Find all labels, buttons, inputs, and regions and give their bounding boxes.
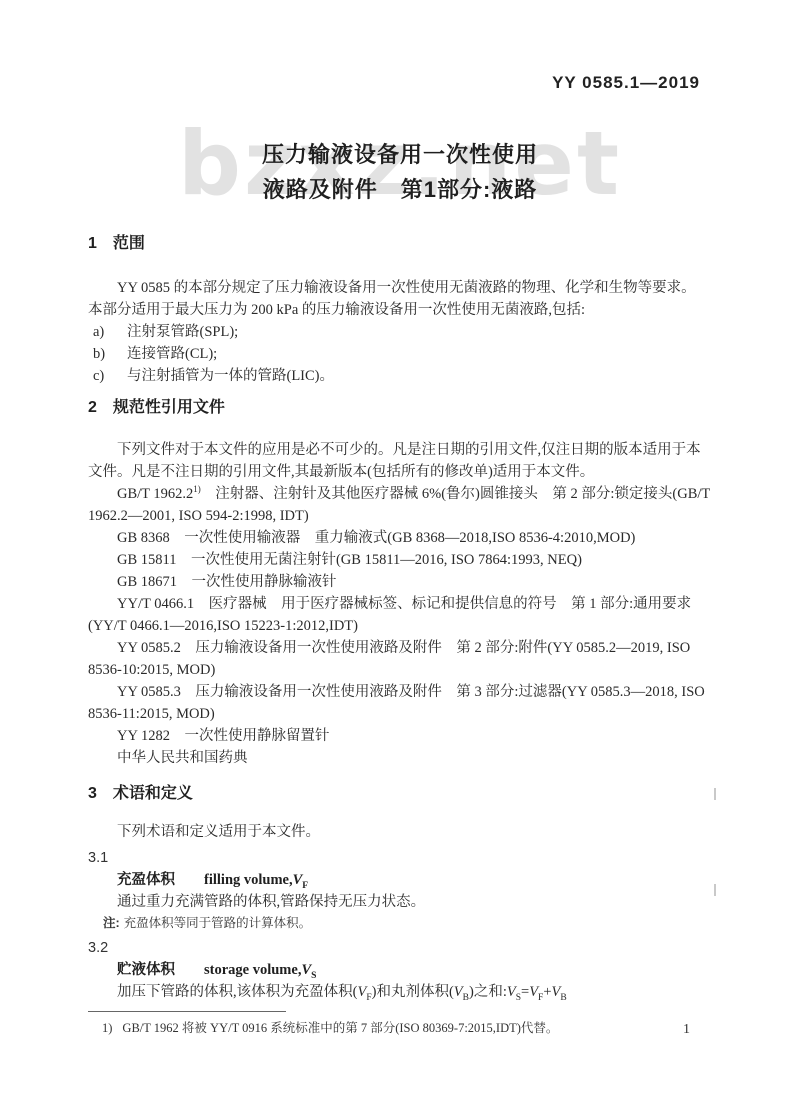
reference-item: GB 15811 一次性使用无菌注射针(GB 15811—2016, ISO 7… [88, 549, 712, 571]
list-text: 连接管路(CL); [127, 346, 217, 362]
term-english: storage volume,VS [204, 962, 316, 978]
list-text: 与注射插管为一体的管路(LIC)。 [127, 368, 334, 384]
footnote-block: 1)GB/T 1962 将被 YY/T 0916 系统标准中的第 7 部分(IS… [88, 1011, 712, 1038]
section-heading-terms: 3 术语和定义 [88, 783, 712, 805]
term-chinese: 充盈体积 [117, 872, 175, 888]
variable-symbol: V [357, 984, 366, 1000]
term-number: 3.1 [88, 847, 712, 869]
term-heading: 贮液体积storage volume,VS [88, 959, 712, 981]
doc-title: 压力输液设备用一次性使用 液路及附件 第1部分:液路 [88, 137, 712, 207]
term-definition: 加压下管路的体积,该体积为充盈体积(VF)和丸剂体积(VB)之和:VS=VF+V… [88, 981, 712, 1003]
reference-item: GB/T 1962.21) 注射器、注射针及其他医疗器械 6%(鲁尔)圆锥接头 … [88, 483, 712, 527]
reference-item: YY 1282 一次性使用静脉留置针 [88, 725, 712, 747]
term-chinese: 贮液体积 [117, 962, 175, 978]
variable-symbol: V [293, 872, 303, 888]
reference-item: YY 0585.2 压力输液设备用一次性使用液路及附件 第 2 部分:附件(YY… [88, 637, 712, 681]
variable-subscript: B [560, 993, 566, 1003]
page-content: 压力输液设备用一次性使用 液路及附件 第1部分:液路 1 范围 YY 0585 … [0, 0, 800, 1038]
scan-artifact [714, 788, 716, 800]
list-text: 注射泵管路(SPL); [127, 324, 238, 340]
reference-text: GB/T 1962.2 [117, 486, 193, 502]
note-text: 充盈体积等同于管路的计算体积。 [124, 916, 312, 930]
footnote-body: GB/T 1962 将被 YY/T 0916 系统标准中的第 7 部分(ISO … [122, 1021, 558, 1035]
reference-item: YY/T 0466.1 医疗器械 用于医疗器械标签、标记和提供信息的符号 第 1… [88, 593, 712, 637]
footnote-marker: 1) [193, 484, 201, 494]
scan-artifact [714, 884, 716, 896]
term-english: filling volume,VF [204, 872, 308, 888]
footnote-text: 1)GB/T 1962 将被 YY/T 0916 系统标准中的第 7 部分(IS… [88, 1018, 712, 1038]
term-definition: 通过重力充满管路的体积,管路保持无压力状态。 [88, 891, 712, 913]
document-page: { "header": { "doc_code": "YY 0585.1—201… [0, 0, 800, 1106]
section-heading-references: 2 规范性引用文件 [88, 397, 712, 419]
doc-title-line1: 压力输液设备用一次性使用 [88, 137, 712, 172]
standard-number: YY 0585.1—2019 [552, 73, 700, 93]
footnote-number: 1) [102, 1021, 112, 1035]
variable-subscript: F [302, 881, 308, 891]
list-label: a) [93, 321, 127, 343]
list-label: c) [93, 365, 127, 387]
scope-list-item: b)连接管路(CL); [88, 343, 712, 365]
variable-symbol: V [507, 984, 516, 1000]
reference-item: GB 18671 一次性使用静脉输液针 [88, 571, 712, 593]
term-number: 3.2 [88, 937, 712, 959]
list-label: b) [93, 343, 127, 365]
reference-item: 中华人民共和国药典 [88, 747, 712, 769]
note-label: 注: [103, 916, 120, 930]
reference-item: GB 8368 一次性使用输液器 重力输液式(GB 8368—2018,ISO … [88, 527, 712, 549]
reference-item: YY 0585.3 压力输液设备用一次性使用液路及附件 第 3 部分:过滤器(Y… [88, 681, 712, 725]
footnote-divider [88, 1011, 286, 1012]
variable-subscript: S [311, 971, 316, 981]
term-note: 注:充盈体积等同于管路的计算体积。 [88, 913, 712, 933]
variable-symbol: V [454, 984, 463, 1000]
references-intro: 下列文件对于本文件的应用是必不可少的。凡是注日期的引用文件,仅注日期的版本适用于… [88, 439, 712, 483]
variable-symbol: V [529, 984, 538, 1000]
scope-paragraph-2: 本部分适用于最大压力为 200 kPa 的压力输液设备用一次性使用无菌液路,包括… [88, 299, 712, 321]
page-number: 1 [683, 1022, 690, 1038]
variable-symbol: V [301, 962, 311, 978]
term-heading: 充盈体积filling volume,VF [88, 869, 712, 891]
section-heading-scope: 1 范围 [88, 233, 712, 255]
scope-list-item: a)注射泵管路(SPL); [88, 321, 712, 343]
terms-intro: 下列术语和定义适用于本文件。 [88, 821, 712, 843]
scope-paragraph-1: YY 0585 的本部分规定了压力输液设备用一次性使用无菌液路的物理、化学和生物… [88, 277, 712, 299]
doc-title-line2: 液路及附件 第1部分:液路 [88, 172, 712, 207]
scope-list-item: c)与注射插管为一体的管路(LIC)。 [88, 365, 712, 387]
